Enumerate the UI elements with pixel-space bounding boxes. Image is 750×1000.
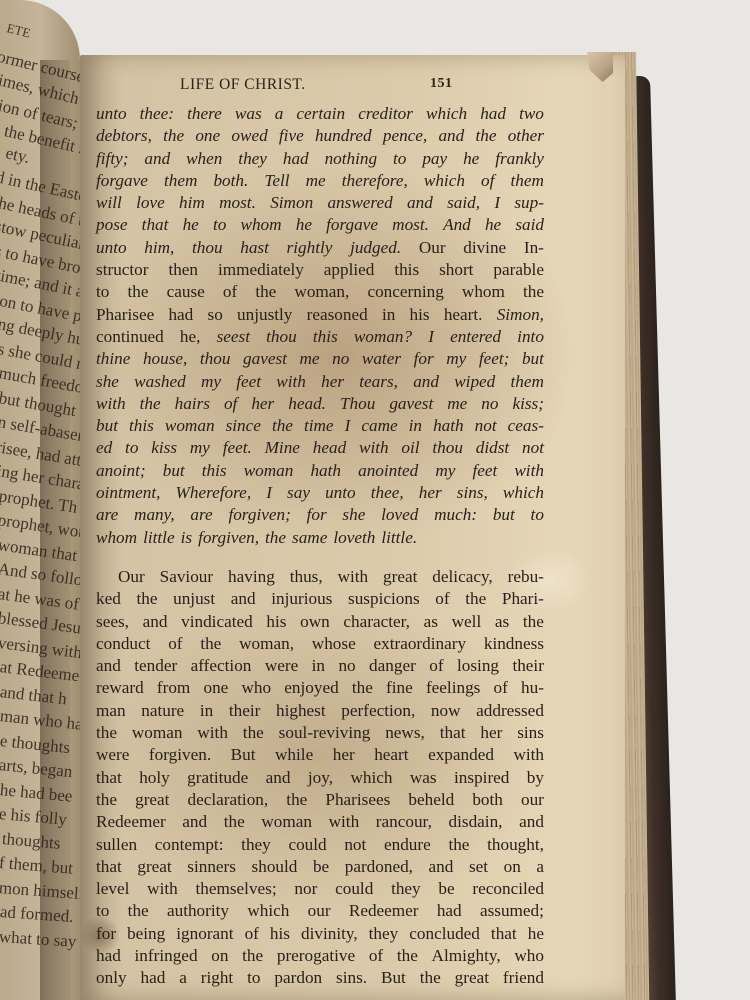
left-page: ETEformer course of litimes, which causs…: [0, 0, 80, 1000]
text-line: wereforgiven.Butwhileherheartexpandedwit…: [96, 744, 544, 766]
text-line: aremany,areforgiven;forshelovedmuch:butt…: [96, 504, 544, 526]
left-page-text-fragment: ETE: [5, 20, 32, 41]
text-line: andtenderaffectionwereinnodangeroflosing…: [96, 655, 544, 677]
text-line: structorthenimmediatelyappliedthisshortp…: [96, 259, 544, 281]
text-line: kedtheunjustandinjurioussuspicionsoftheP…: [96, 588, 544, 610]
page-number: 151: [430, 76, 453, 92]
text-line: ointment,Wherefore,Isayuntothee,hersins,…: [96, 482, 544, 504]
left-page-text-fragment: ad formed.: [0, 902, 75, 927]
text-line: butthiswomansincethetimeIcameinhathnotce…: [96, 415, 544, 437]
text-line: OurSaviourhavingthus,withgreatdelicacy,r…: [96, 566, 544, 588]
text-line: untohim,thouhastrightlyjudged.OurdivineI…: [96, 237, 544, 259]
text-line: conductofthewoman,whoseextraordinarykind…: [96, 633, 544, 655]
text-line: hadinfringedontheprerogativeoftheAlmight…: [96, 945, 544, 967]
text-line: debtors,theoneowedfivehundredpence,andth…: [96, 125, 544, 147]
text-line: onlyhadarighttopardonsins.Butthegreatfri…: [96, 967, 544, 989]
text-line: shewashedmyfeetwithhertears,andwipedthem: [96, 371, 544, 393]
text-line: anoint;butthiswomanhathanointedmyfeetwit…: [96, 460, 544, 482]
text-line: continuedhe,seestthouthiswoman?Ienteredi…: [96, 326, 544, 348]
text-line: willlovehimmost.Simonansweredandsaid,Isu…: [96, 192, 544, 214]
text-line: sees,andvindicatedhisowncharacter,aswell…: [96, 611, 544, 633]
text-line: forgavethemboth.Tellmetherefore,whichoft…: [96, 170, 544, 192]
text-line: edtokissmyfeet.Mineheadwithoilthoudidstn…: [96, 437, 544, 459]
text-line: thegreatdeclaration,thePhariseesbeheldbo…: [96, 789, 544, 811]
text-line: rewardfromonewhoenjoyedthefinefeelingsof…: [96, 677, 544, 699]
dog-ear-corner: [587, 52, 613, 82]
left-page-text-fragment: thoughts: [1, 829, 61, 854]
text-line: Phariseehadsounjustlyreasonedinhisheart.…: [96, 304, 544, 326]
text-line: fifty;andwhentheyhadnothingtopayhefrankl…: [96, 148, 544, 170]
text-line: withthehairsofherhead.Thougavestmenokiss…: [96, 393, 544, 415]
text-line: posethathetowhomheforgavemost.Andhesaid: [96, 214, 544, 236]
left-page-text-fragment: what to say: [0, 927, 77, 952]
text-line: totheauthoritywhichourRedeemerhadassumed…: [96, 900, 544, 922]
paragraph-1: untothee:therewasacertaincreditorwhichha…: [96, 103, 544, 549]
text-line: Redeemerandthewomanwithrancour,disdain,a…: [96, 811, 544, 833]
running-title: LIFE OF CHRIST.: [180, 76, 306, 94]
text-line: forbeingignorantofhisdivinity,theyconclu…: [96, 923, 544, 945]
text-line: untothee:therewasacertaincreditorwhichha…: [96, 103, 544, 125]
text-line: thinehouse,thougavestmenowaterformyfeet;…: [96, 348, 544, 370]
text-line: thatholygratitudeandjoy,whichwasinspired…: [96, 767, 544, 789]
page-body-text: untothee:therewasacertaincreditorwhichha…: [96, 103, 544, 990]
text-line: whomlittleisforgiven,thesamelovethlittle…: [96, 527, 544, 549]
text-line: mannatureintheirhighestperfection,nowadd…: [96, 700, 544, 722]
text-line: tothecauseofthewoman,concerningwhomthe: [96, 281, 544, 303]
text-line: levelwiththemselves;norcouldtheybereconc…: [96, 878, 544, 900]
paragraph-2: OurSaviourhavingthus,withgreatdelicacy,r…: [96, 566, 544, 990]
text-line: sullencontempt:theycouldnotendurethethou…: [96, 834, 544, 856]
text-line: thatgreatsinnersshouldbepardoned,andseto…: [96, 856, 544, 878]
book-photo: ETEformer course of litimes, which causs…: [0, 0, 750, 1000]
text-line: thewomanwiththesoul-revivingnews,thather…: [96, 722, 544, 744]
